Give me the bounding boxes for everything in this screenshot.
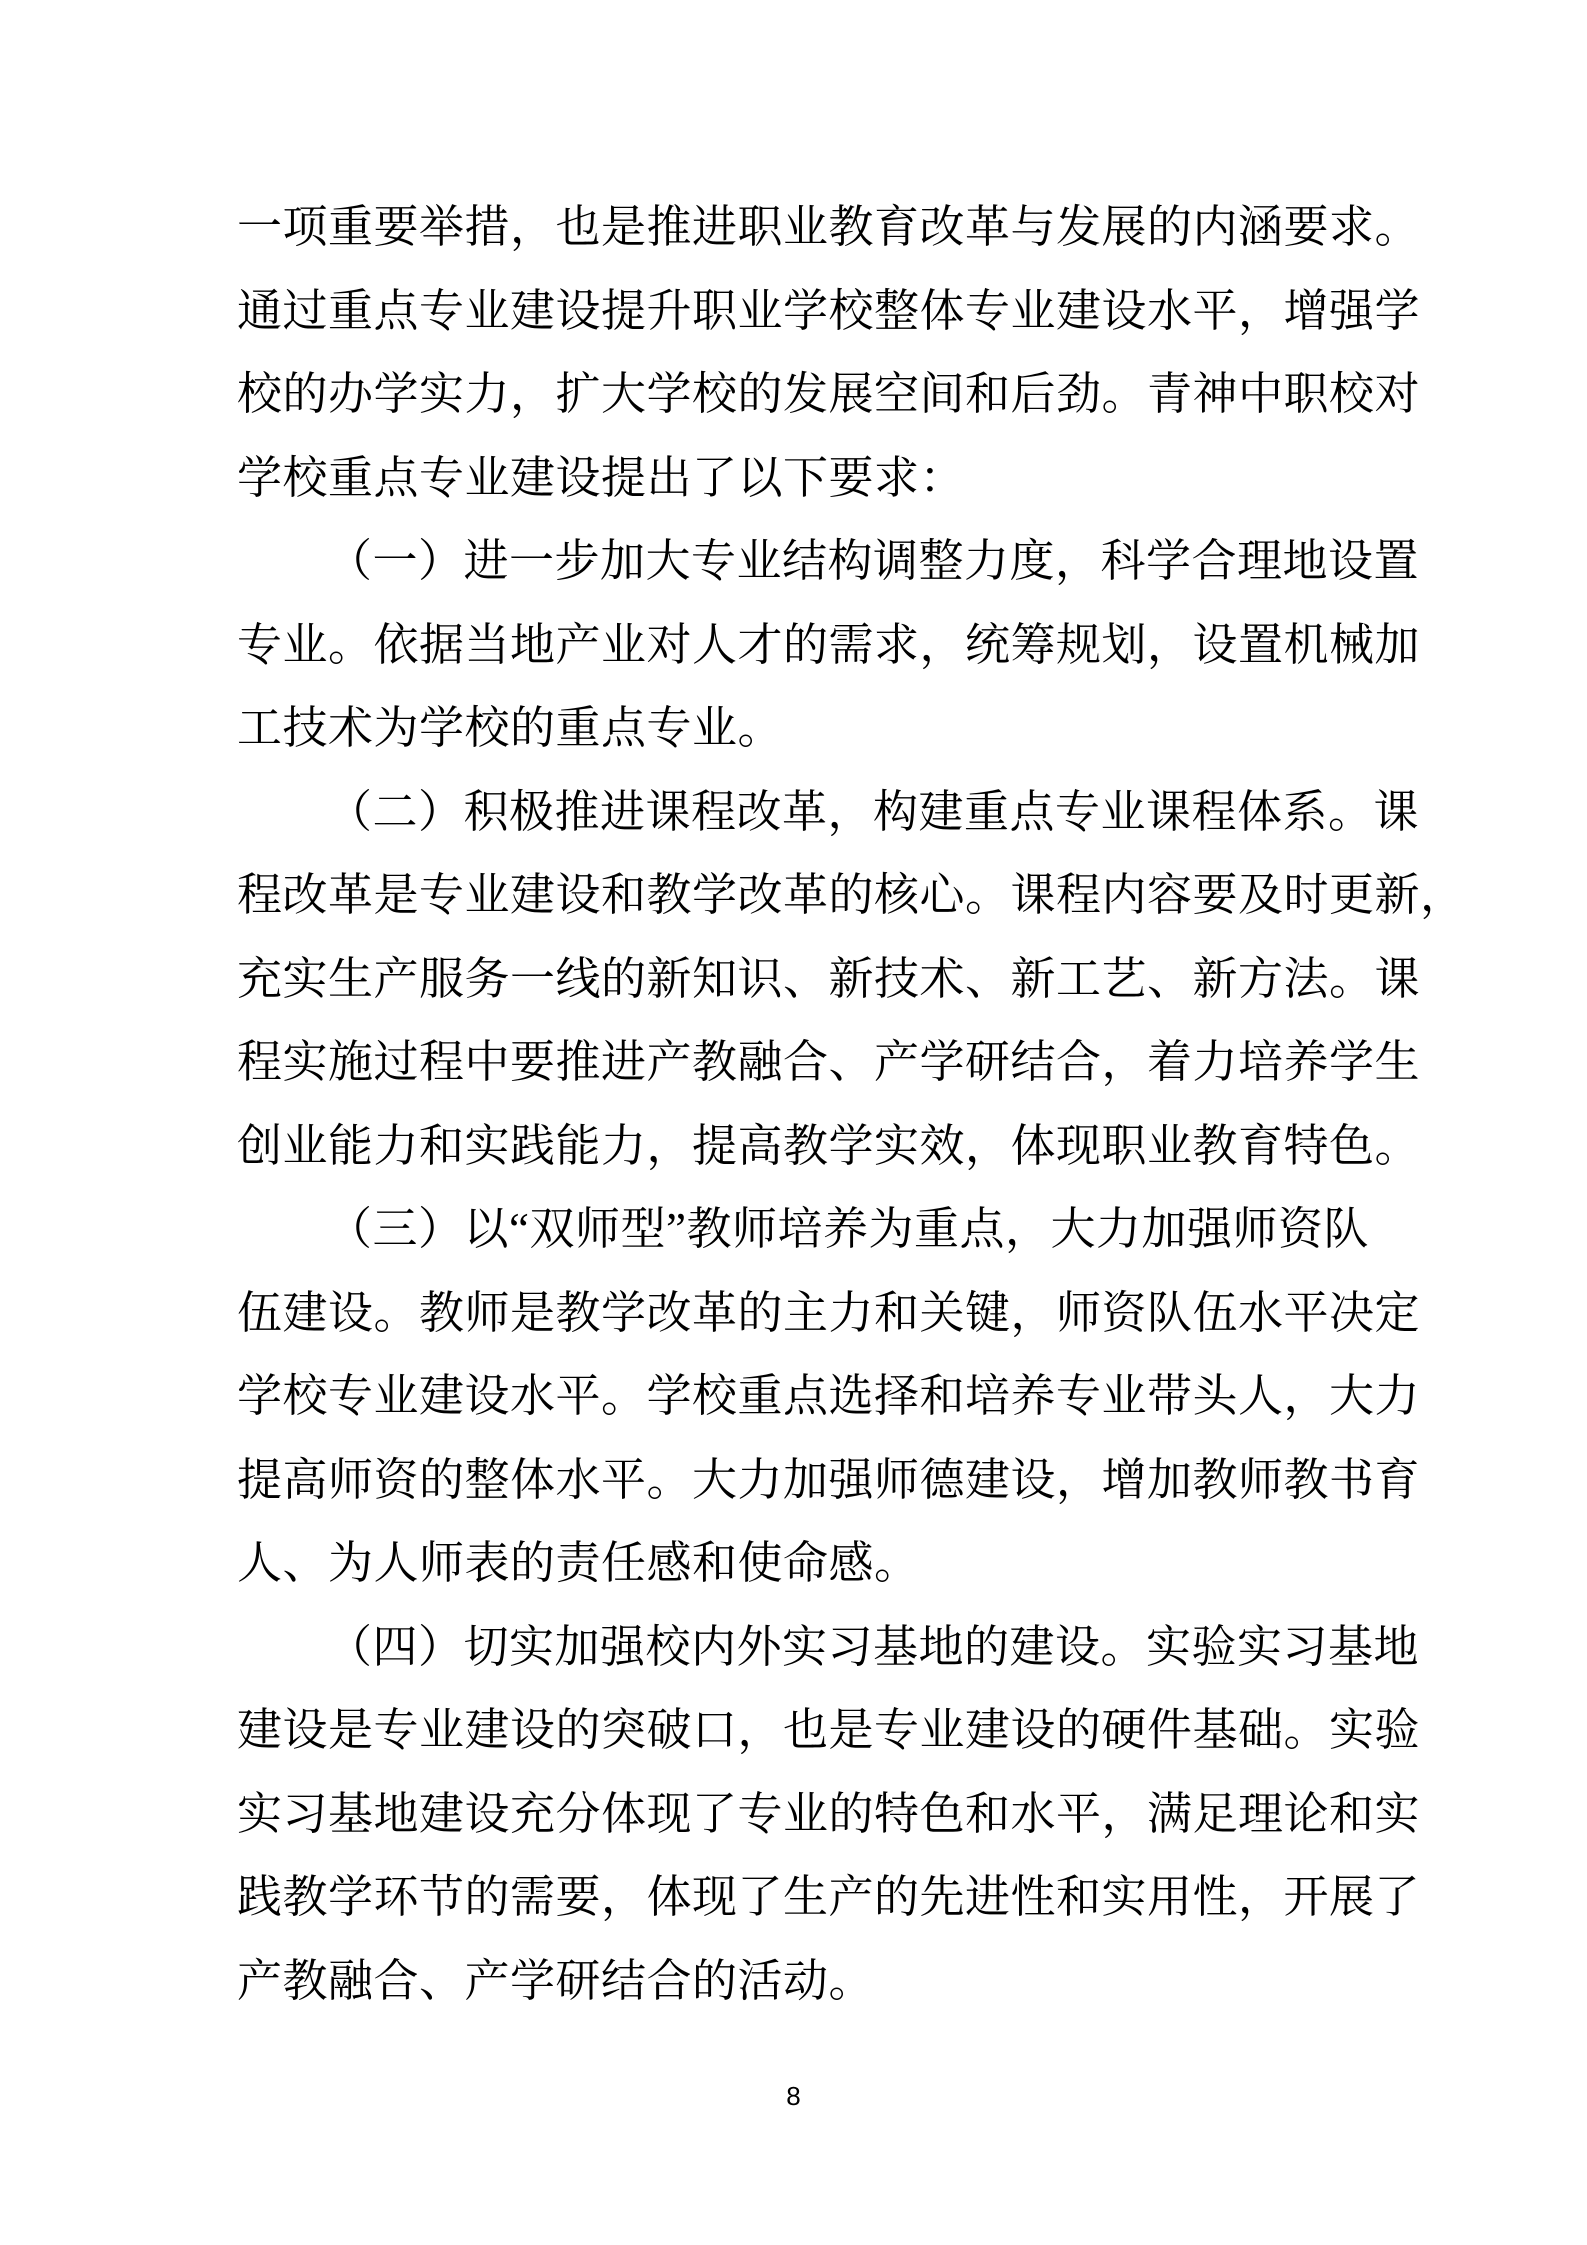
- text-line: 工技术为学校的重点专业。: [237, 687, 1413, 771]
- page-number: 8: [0, 2080, 1587, 2112]
- text-line: 提高师资的整体水平。大力加强师德建设，增加教师教书育: [237, 1439, 1413, 1523]
- text-line: （一）进一步加大专业结构调整力度，科学合理地设置: [237, 520, 1413, 604]
- text-line: 校的办学实力，扩大学校的发展空间和后劲。青神中职校对: [237, 353, 1413, 437]
- text-line: 践教学环节的需要，体现了生产的先进性和实用性，开展了: [237, 1856, 1413, 1940]
- text-line: 专业。依据当地产业对人才的需求，统筹规划，设置机械加: [237, 604, 1413, 688]
- text-line: 创业能力和实践能力，提高教学实效，体现职业教育特色。: [237, 1105, 1413, 1189]
- text-line: 建设是专业建设的突破口，也是专业建设的硬件基础。实验: [237, 1689, 1413, 1773]
- text-line: （四）切实加强校内外实习基地的建设。实验实习基地: [237, 1606, 1413, 1690]
- document-page: 一项重要举措，也是推进职业教育改革与发展的内涵要求。通过重点专业建设提升职业学校…: [0, 0, 1587, 2245]
- text-line: 程改革是专业建设和教学改革的核心。课程内容要及时更新，: [237, 854, 1413, 938]
- text-line: 人、为人师表的责任感和使命感。: [237, 1522, 1413, 1606]
- document-body: 一项重要举措，也是推进职业教育改革与发展的内涵要求。通过重点专业建设提升职业学校…: [237, 186, 1413, 2023]
- text-line: 充实生产服务一线的新知识、新技术、新工艺、新方法。课: [237, 938, 1413, 1022]
- text-line: 通过重点专业建设提升职业学校整体专业建设水平，增强学: [237, 270, 1413, 354]
- text-line: 学校专业建设水平。学校重点选择和培养专业带头人，大力: [237, 1355, 1413, 1439]
- text-line: 伍建设。教师是教学改革的主力和关键，师资队伍水平决定: [237, 1272, 1413, 1356]
- text-line: （三）以“双师型”教师培养为重点，大力加强师资队: [237, 1188, 1413, 1272]
- text-line: 产教融合、产学研结合的活动。: [237, 1940, 1413, 2024]
- text-line: （二）积极推进课程改革，构建重点专业课程体系。课: [237, 771, 1413, 855]
- text-line: 实习基地建设充分体现了专业的特色和水平，满足理论和实: [237, 1773, 1413, 1857]
- text-line: 一项重要举措，也是推进职业教育改革与发展的内涵要求。: [237, 186, 1413, 270]
- text-line: 学校重点专业建设提出了以下要求：: [237, 437, 1413, 521]
- text-line: 程实施过程中要推进产教融合、产学研结合，着力培养学生: [237, 1021, 1413, 1105]
